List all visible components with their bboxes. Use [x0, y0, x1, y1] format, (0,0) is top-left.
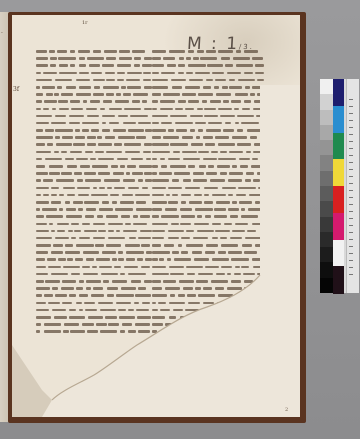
- color-patch: [333, 133, 344, 160]
- ruler-tick: [349, 183, 353, 184]
- grey-patch: [320, 201, 333, 217]
- grey-patch: [320, 247, 333, 263]
- ruler-tick: [349, 155, 353, 156]
- color-calibration-target: [320, 79, 358, 293]
- ruler-tick: [349, 239, 353, 240]
- ruler-tick: [349, 106, 353, 107]
- ruler-tick: [349, 274, 353, 275]
- grey-patch: [320, 171, 333, 187]
- margin-note: 3f: [13, 86, 19, 93]
- grey-patch: [320, 186, 333, 202]
- corner-number: 2: [285, 407, 288, 413]
- ruler-tick: [349, 204, 353, 205]
- color-patch: [333, 106, 344, 133]
- ruler-tick: [349, 260, 353, 261]
- ruler-tick: [349, 232, 353, 233]
- ruler-tick: [349, 148, 353, 149]
- ruler-tick: [349, 176, 353, 177]
- grey-patch: [320, 94, 333, 110]
- grey-patch: [320, 217, 333, 233]
- grey-patch: [320, 278, 333, 294]
- parchment-repair: [12, 15, 300, 417]
- color-patch: [333, 186, 344, 213]
- grey-patch: [320, 262, 333, 278]
- ruler-tick: [349, 169, 353, 170]
- ruler-tick: [349, 218, 353, 219]
- manuscript-leaf: 1r M : 1/3. 2: [12, 15, 300, 417]
- color-patch: [333, 240, 344, 267]
- grey-patch: [320, 110, 333, 126]
- ruler-tick: [349, 225, 353, 226]
- ruler-tick: [349, 246, 353, 247]
- adjacent-page-mark: ·: [1, 30, 3, 37]
- ruler-tick: [349, 197, 353, 198]
- ruler-tick: [349, 267, 353, 268]
- grey-patch: [320, 79, 333, 95]
- color-patch: [333, 159, 344, 186]
- ruler-tick: [349, 127, 353, 128]
- color-patch: [333, 213, 344, 240]
- ruler-tick: [349, 134, 353, 135]
- ruler-tick: [349, 120, 353, 121]
- grey-patch: [320, 155, 333, 171]
- ruler-tick: [349, 211, 353, 212]
- scale-ruler: [346, 79, 359, 293]
- ruler-tick: [349, 253, 353, 254]
- ruler-tick: [349, 162, 353, 163]
- ruler-tick: [349, 99, 353, 100]
- ruler-tick: [349, 190, 353, 191]
- color-patch: [333, 266, 344, 293]
- ruler-tick: [349, 113, 353, 114]
- color-patch: [333, 79, 344, 106]
- grey-patch: [320, 232, 333, 248]
- grey-patch: [320, 125, 333, 141]
- ruler-tick: [349, 141, 353, 142]
- grey-patch: [320, 140, 333, 156]
